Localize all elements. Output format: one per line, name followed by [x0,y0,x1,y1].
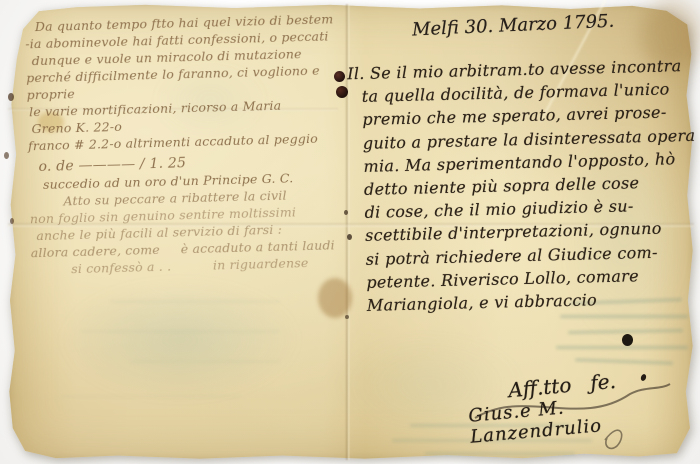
showthrough-text-line [556,346,688,349]
letter-photo: Da quanto tempo ftto hai quel vizio di b… [0,0,700,464]
fold-speck [345,315,349,319]
left-page: Da quanto tempo ftto hai quel vizio di b… [25,10,362,279]
edge-speck [4,152,9,159]
right-page: Il. Se il mio arbitram.to avesse incontr… [347,54,700,318]
brown-stain [318,278,352,318]
showthrough-smudge [60,280,300,400]
showthrough-text-line [560,315,688,318]
edge-speck [10,218,14,224]
edge-speck [8,93,14,101]
showthrough-text-line [425,452,575,455]
showthrough-text-line [110,300,280,303]
ink-blot [622,334,633,346]
showthrough-text-line [60,395,240,398]
showthrough-text-line [80,330,280,333]
showthrough-text-line [130,360,280,363]
